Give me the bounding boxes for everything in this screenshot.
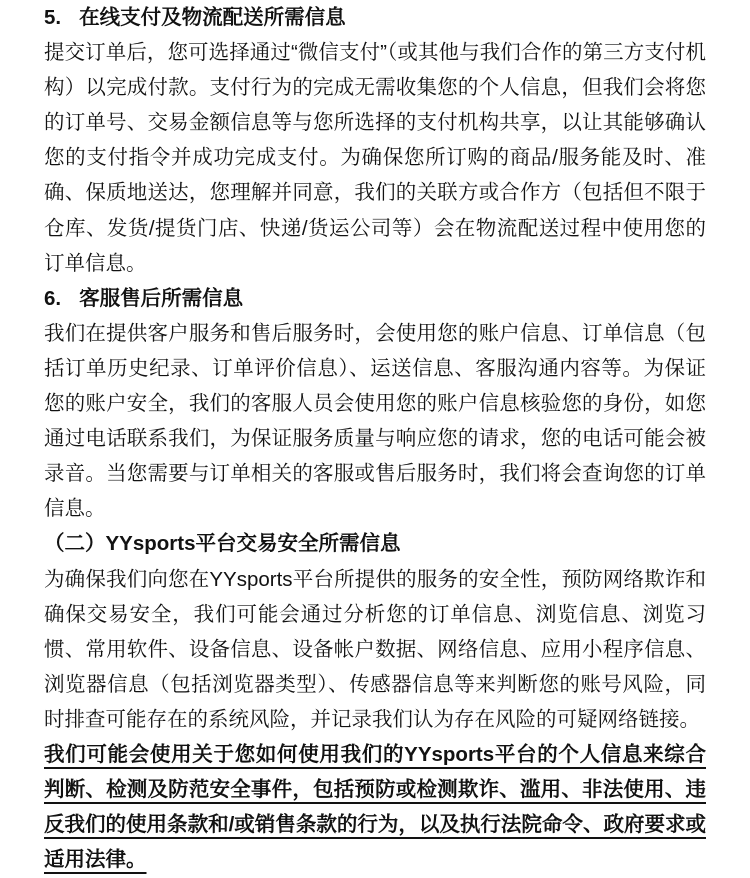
section-title: （二）YYsports平台交易安全所需信息 — [44, 532, 401, 555]
section-title: 在线支付及物流配送所需信息 — [79, 6, 346, 29]
section-number: 6. — [44, 287, 61, 310]
privacy-policy-page: { "document": { "background_color": "#ff… — [0, 0, 750, 878]
section-customer-service: 6.客服售后所需信息 我们在提供客户服务和售后服务时，会使用您的账户信息、订单信… — [44, 281, 706, 527]
section-online-payment-logistics: 5.在线支付及物流配送所需信息 提交订单后，您可选择通过“微信支付”（或其他与我… — [44, 0, 706, 281]
section-transaction-security: （二）YYsports平台交易安全所需信息 为确保我们向您在YYsports平台… — [44, 526, 706, 877]
section-emphasis-paragraph: 我们可能会使用关于您如何使用我们的YYsports平台的个人信息来综合判断、检测… — [44, 737, 706, 877]
section-number: 5. — [44, 6, 61, 29]
section-heading: 6.客服售后所需信息 — [44, 281, 706, 316]
section-body-paragraph: 为确保我们向您在YYsports平台所提供的服务的安全性，预防网络欺诈和确保交易… — [44, 562, 706, 737]
section-heading: 5.在线支付及物流配送所需信息 — [44, 0, 706, 35]
section-title: 客服售后所需信息 — [79, 287, 243, 310]
section-body-paragraph: 我们在提供客户服务和售后服务时，会使用您的账户信息、订单信息（包括订单历史纪录、… — [44, 316, 706, 527]
section-heading: （二）YYsports平台交易安全所需信息 — [44, 526, 706, 561]
privacy-policy-document: 5.在线支付及物流配送所需信息 提交订单后，您可选择通过“微信支付”（或其他与我… — [44, 0, 706, 877]
section-body-paragraph: 提交订单后，您可选择通过“微信支付”（或其他与我们合作的第三方支付机构）以完成付… — [44, 35, 706, 281]
